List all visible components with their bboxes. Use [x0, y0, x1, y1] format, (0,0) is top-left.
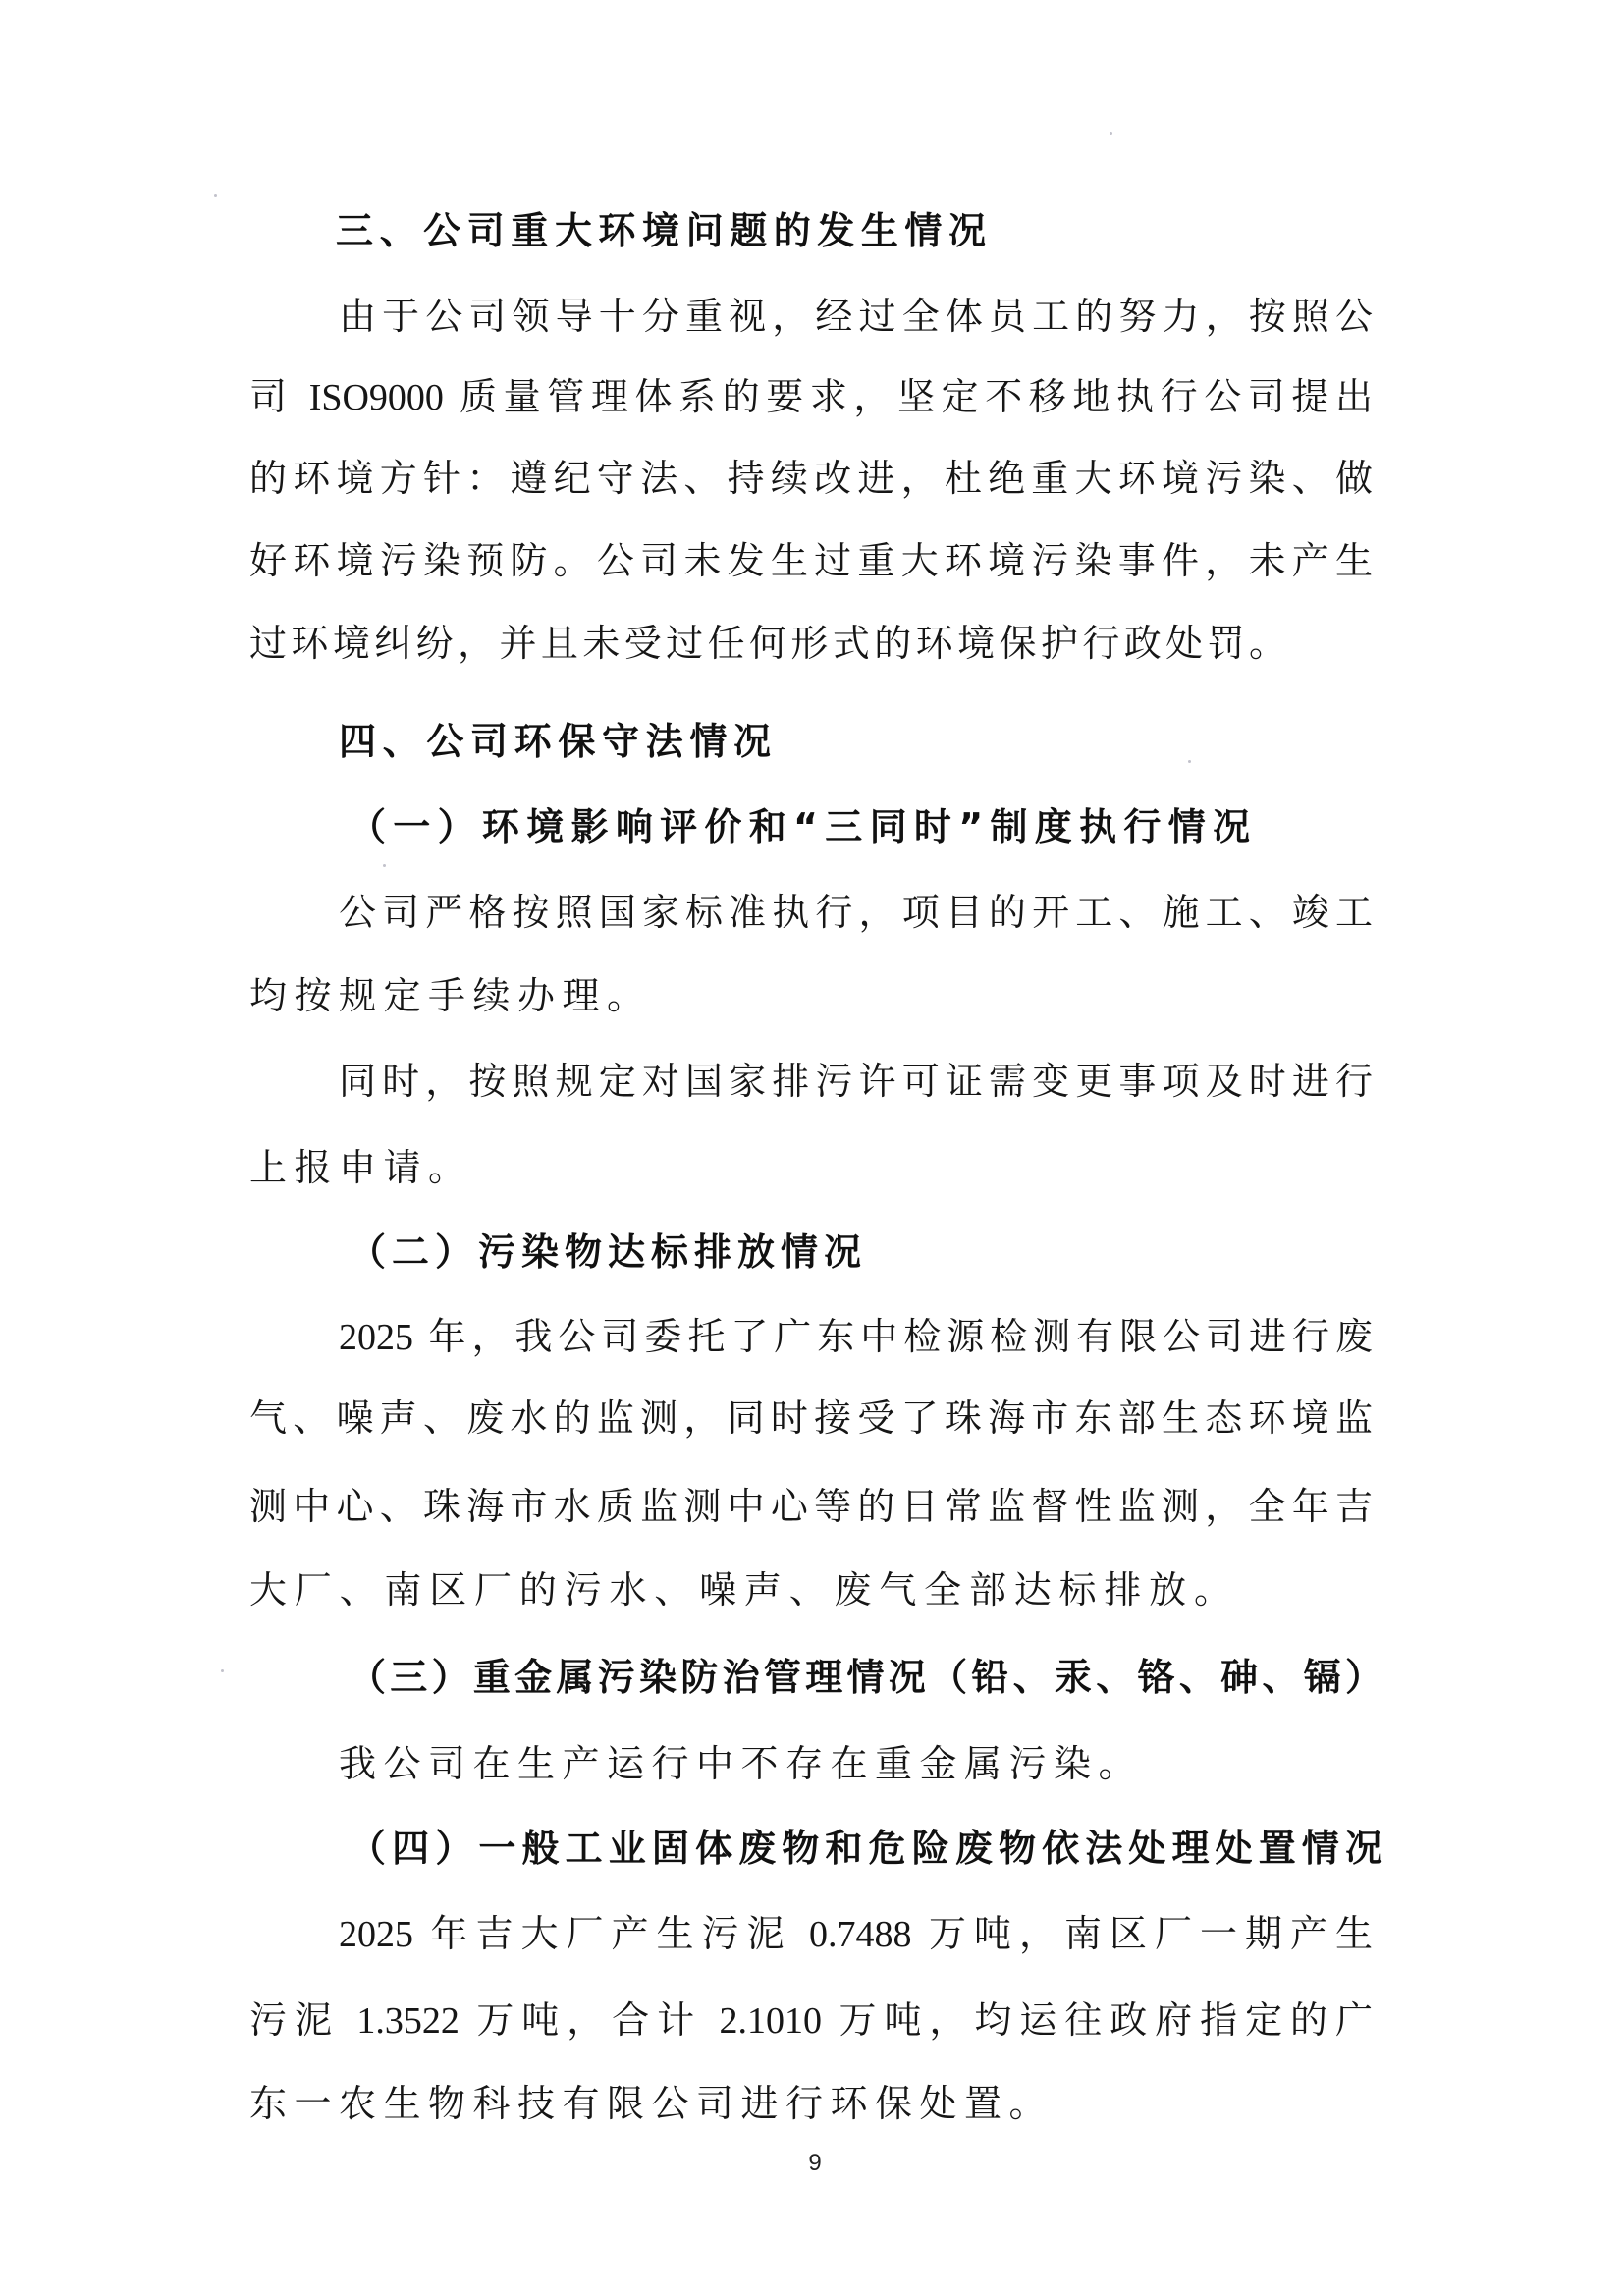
- paragraph-line: 过环境纠纷，并且未受过任何形式的环境保护行政处罚。: [249, 615, 1286, 674]
- paragraph-line: 我公司在生产运行中不存在重金属污染。: [339, 1735, 1124, 1794]
- section-heading-3: 三、公司重大环境问题的发生情况: [336, 201, 986, 260]
- subsection-heading-3: （三）重金属污染防治管理情况（铅、汞、铬、砷、镉）: [349, 1648, 1382, 1707]
- paragraph-line: 上报申请。: [249, 1139, 485, 1198]
- paragraph-line: 气、噪声、废水的监测，同时接受了珠海市东部生态环境监: [249, 1390, 1373, 1448]
- paragraph-line: 东一农生物科技有限公司进行环保处置。: [249, 2075, 1084, 2134]
- paragraph-line: 由于公司领导十分重视，经过全体员工的努力，按照公: [339, 288, 1373, 347]
- scan-speck: [1110, 132, 1112, 135]
- scan-speck: [383, 864, 386, 867]
- paragraph-line: 测中心、珠海市水质监测中心等的日常监督性监测，全年吉: [249, 1478, 1373, 1537]
- paragraph-line: 2025 年吉大厂产生污泥 0.7488 万吨，南区厂一期产生: [339, 1905, 1373, 1964]
- scan-speck: [1188, 760, 1191, 763]
- paragraph-line: 大厂、南区厂的污水、噪声、废气全部达标排放。: [249, 1561, 1231, 1620]
- section-heading-4: 四、公司环保守法情况: [339, 712, 771, 771]
- paragraph-line: 司 ISO9000 质量管理体系的要求，坚定不移地执行公司提出: [249, 368, 1373, 427]
- scan-speck: [214, 194, 217, 197]
- subsection-heading-2: （二）污染物达标排放情况: [349, 1223, 861, 1282]
- paragraph-line: 2025 年，我公司委托了广东中检源检测有限公司进行废: [339, 1308, 1373, 1367]
- paragraph-line: 公司严格按照国家标准执行，项目的开工、施工、竣工: [339, 884, 1373, 943]
- paragraph-line: 均按规定手续办理。: [249, 967, 662, 1026]
- paragraph-line: 污泥 1.3522 万吨，合计 2.1010 万吨，均运往政府指定的广: [249, 1992, 1373, 2050]
- page-number: 9: [800, 2149, 830, 2178]
- scan-speck: [221, 1669, 224, 1672]
- subsection-heading-4: （四）一般工业固体废物和危险废物依法处理处置情况: [349, 1819, 1382, 1878]
- paragraph-line: 同时，按照规定对国家排污许可证需变更事项及时进行: [339, 1053, 1373, 1112]
- paragraph-line: 好环境污染预防。公司未发生过重大环境污染事件，未产生: [249, 532, 1373, 591]
- document-page: 三、公司重大环境问题的发生情况 由于公司领导十分重视，经过全体员工的努力，按照公…: [0, 0, 1624, 2294]
- paragraph-line: 的环境方针：遵纪守法、持续改进，杜绝重大环境污染、做: [249, 450, 1373, 509]
- subsection-heading-1: （一）环境影响评价和“三同时”制度执行情况: [349, 797, 1250, 856]
